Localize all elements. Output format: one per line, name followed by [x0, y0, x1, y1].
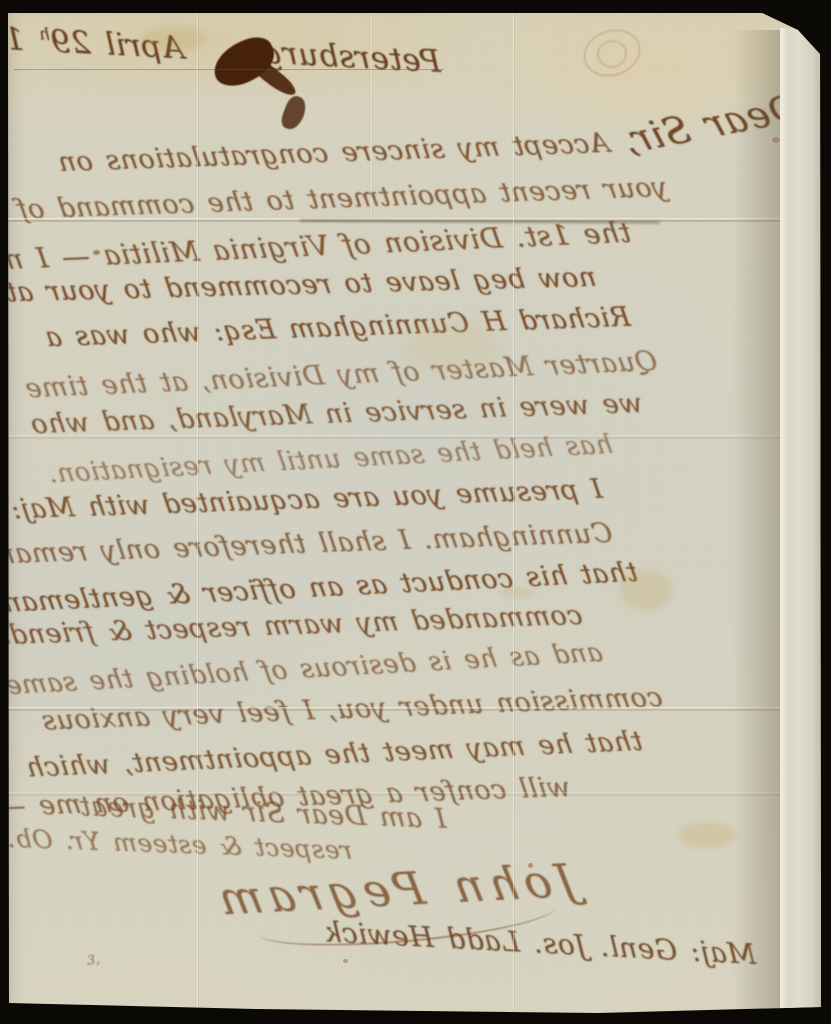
body-line: Richard H Cunningham Esq: who was a [43, 302, 632, 353]
dateline-date-suffix: h [38, 25, 50, 46]
docket-line: Maj: Genl. Jos. Ladd Hewick [323, 915, 757, 971]
dateline-year: 1823 [0, 18, 25, 58]
corner-mark: 3, [86, 952, 101, 969]
hairline-scratch [14, 69, 444, 70]
crease-horizontal-3 [8, 707, 819, 711]
writing-layer: PetersburgApril 29h 1823 Dear Sir, John … [0, 0, 831, 1024]
scanned-letter: PetersburgApril 29h 1823 Dear Sir, John … [0, 0, 831, 1024]
body-line: Accept my sincere congratulations on [56, 128, 612, 178]
folded-page-edge [780, 28, 821, 1024]
dateline-date: April 29 [50, 24, 185, 67]
crease-vertical-1 [197, 13, 199, 1010]
crease-vertical-2 [513, 13, 515, 1010]
fold-shadow [733, 30, 780, 1024]
crease-horizontal-4 [8, 792, 819, 796]
letter-paper: PetersburgApril 29h 1823 Dear Sir, John … [0, 0, 831, 1024]
crease-vertical-3 [371, 13, 373, 218]
crease-horizontal-2 [8, 435, 819, 439]
dateline-place: Petersburg [261, 35, 441, 80]
